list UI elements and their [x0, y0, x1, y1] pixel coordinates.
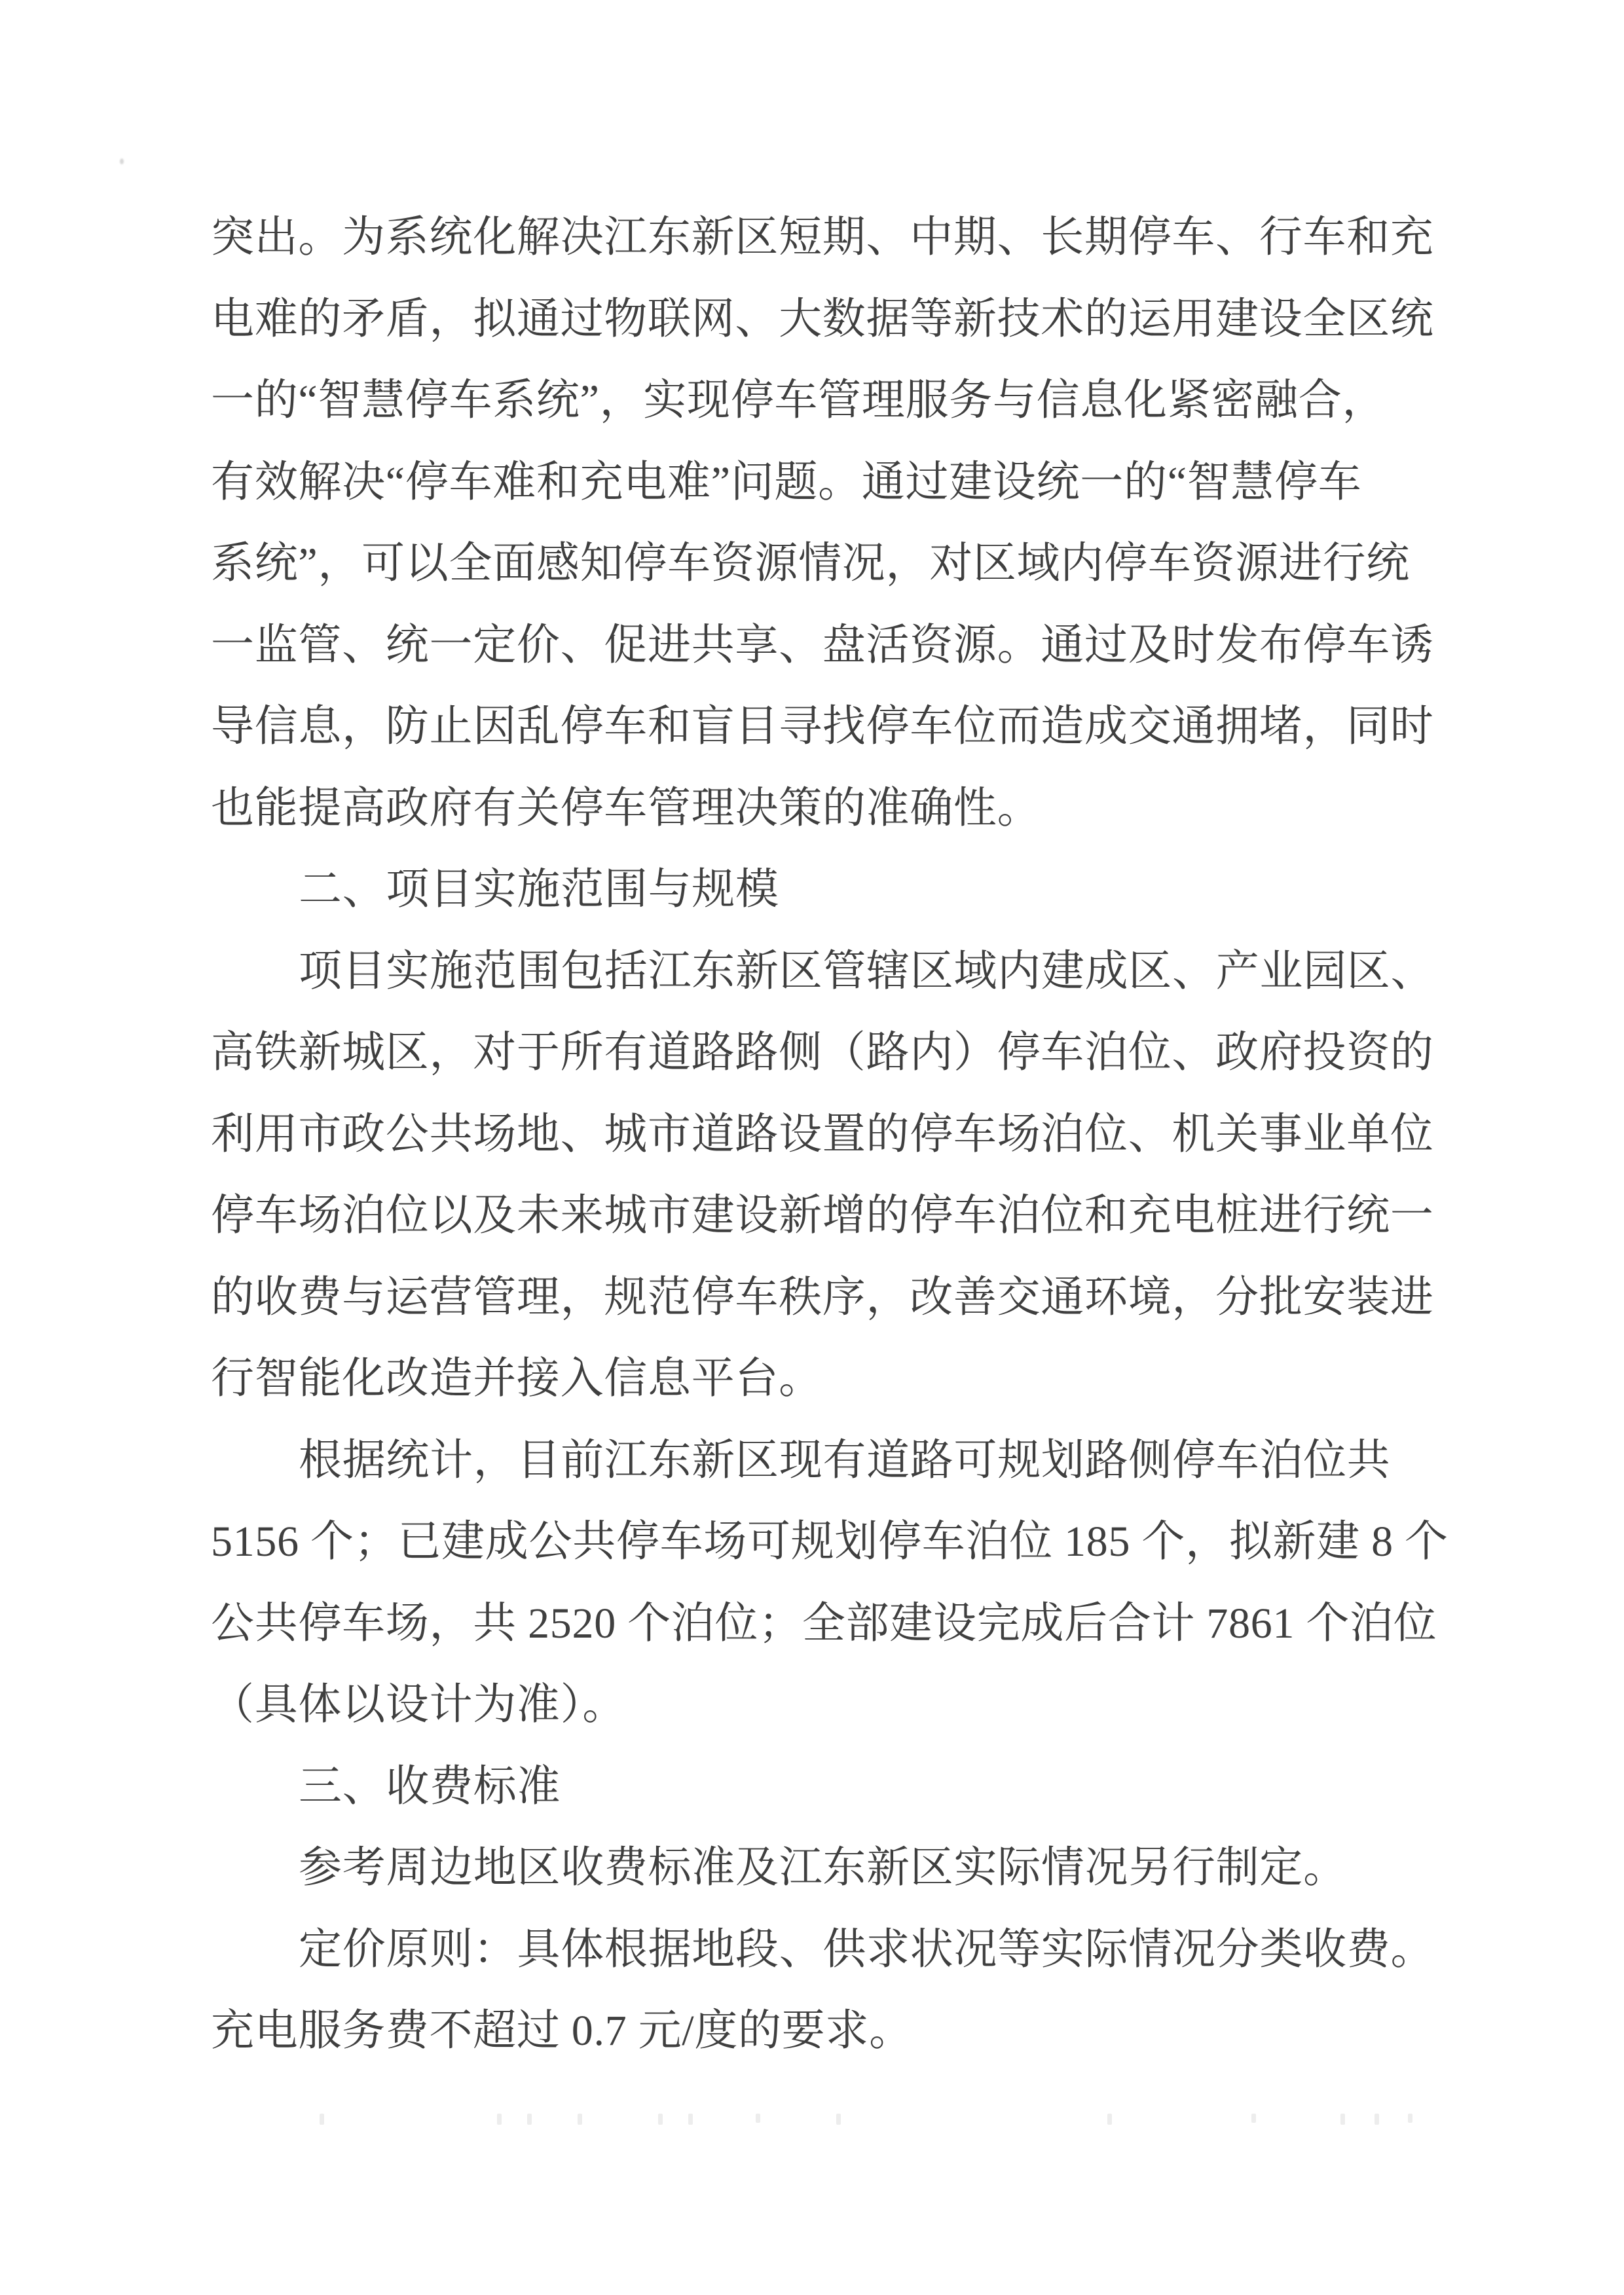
text-line: 电难的矛盾，拟通过物联网、大数据等新技术的运用建设全区统 [211, 279, 1434, 361]
text-line: 高铁新城区，对于所有道路路侧（路内）停车泊位、政府投资的 [211, 1012, 1434, 1094]
scan-speck-artifact [120, 158, 124, 164]
text-line: 有效解决“停车难和充电难”问题。通过建设统一的“智慧停车 [211, 442, 1434, 524]
text-line: （具体以设计为准）。 [211, 1664, 1434, 1746]
scan-artifact-dash [756, 2114, 760, 2123]
text-line: 利用市政公共场地、城市道路设置的停车场泊位、机关事业单位 [211, 1094, 1434, 1176]
text-line: 停车场泊位以及未来城市建设新增的停车泊位和充电桩进行统一 [211, 1175, 1434, 1257]
text-line: 一监管、统一定价、促进共享、盘活资源。通过及时发布停车诱 [211, 605, 1434, 687]
text-line: 的收费与运营管理，规范停车秩序，改善交通环境，分批安装进 [211, 1257, 1434, 1339]
text-line: 根据统计，目前江东新区现有道路可规划路侧停车泊位共 [211, 1420, 1434, 1502]
text-line: 5156 个；已建成公共停车场可规划停车泊位 185 个，拟新建 8 个 [211, 1501, 1434, 1583]
section-heading: 二、项目实施范围与规模 [211, 849, 1434, 931]
scan-artifact-dash [1375, 2114, 1379, 2125]
scan-artifact-dash [1340, 2114, 1345, 2125]
text-line: 充电服务费不超过 0.7 元/度的要求。 [211, 1991, 1434, 2072]
scan-artifact-dash [1408, 2114, 1412, 2123]
scan-artifact-dash [497, 2114, 502, 2125]
text-line: 公共停车场，共 2520 个泊位；全部建设完成后合计 7861 个泊位 [211, 1583, 1434, 1665]
scan-artifact-dash [688, 2114, 693, 2125]
scan-artifact-dash [658, 2114, 663, 2125]
text-line: 也能提高政府有关停车管理决策的准确性。 [211, 768, 1434, 850]
scan-artifact-dash [320, 2114, 324, 2125]
scan-artifact-dash [527, 2114, 532, 2125]
text-line: 一的“智慧停车系统”，实现停车管理服务与信息化紧密融合， [211, 360, 1434, 442]
text-line: 定价原则：具体根据地段、供求状况等实际情况分类收费。 [211, 1909, 1434, 1991]
scan-artifact-dash [578, 2114, 582, 2125]
scan-bleedthrough-row [0, 2114, 1624, 2127]
text-line: 行智能化改造并接入信息平台。 [211, 1338, 1434, 1420]
scan-artifact-dash [836, 2114, 841, 2125]
text-line: 项目实施范围包括江东新区管辖区域内建成区、产业园区、 [211, 931, 1434, 1013]
text-line: 参考周边地区收费标准及江东新区实际情况另行制定。 [211, 1827, 1434, 1909]
scan-artifact-dash [1251, 2114, 1256, 2123]
text-line: 导信息，防止因乱停车和盲目寻找停车位而造成交通拥堵，同时 [211, 686, 1434, 768]
text-line: 系统”，可以全面感知停车资源情况，对区域内停车资源进行统 [211, 523, 1434, 605]
document-page: 突出。为系统化解决江东新区短期、中期、长期停车、行车和充 电难的矛盾，拟通过物联… [0, 0, 1624, 2295]
text-line: 突出。为系统化解决江东新区短期、中期、长期停车、行车和充 [211, 197, 1434, 279]
section-heading: 三、收费标准 [211, 1746, 1434, 1828]
scan-artifact-dash [1107, 2114, 1112, 2125]
document-body-text: 突出。为系统化解决江东新区短期、中期、长期停车、行车和充 电难的矛盾，拟通过物联… [211, 197, 1434, 2072]
